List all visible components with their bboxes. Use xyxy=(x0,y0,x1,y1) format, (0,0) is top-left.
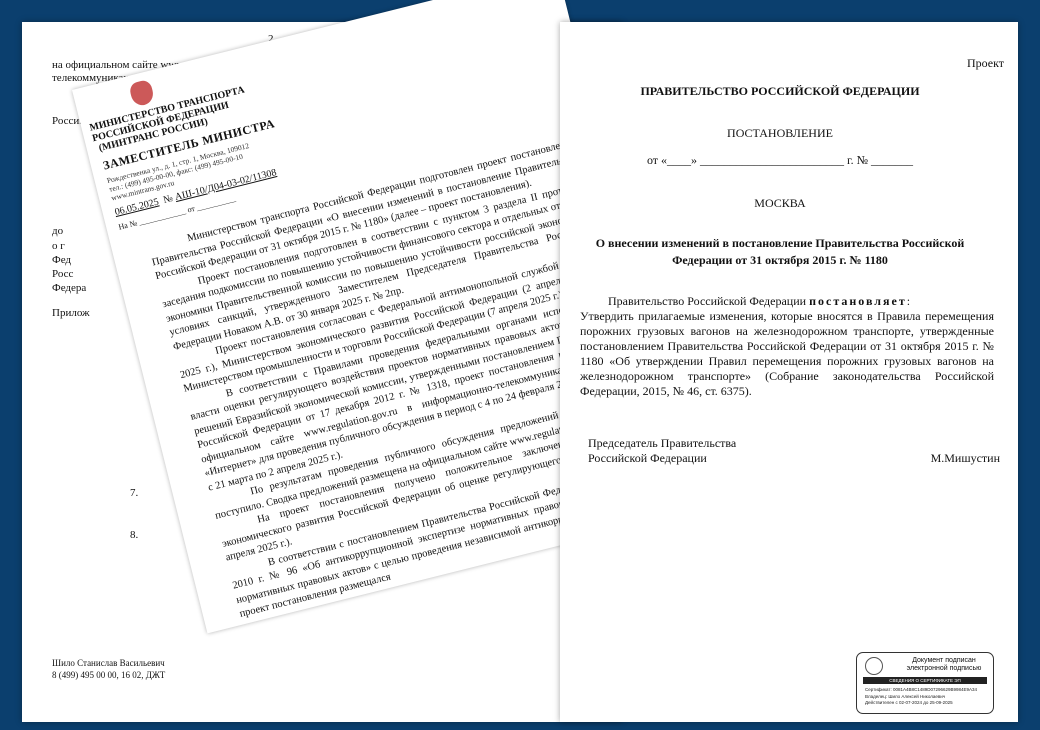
resolution-title: О внесении изменений в постановление Пра… xyxy=(590,235,970,269)
signer-name: М.Мишустин xyxy=(931,451,1000,466)
executor-phone: 8 (499) 495 00 00, 16 02, ДЖТ xyxy=(52,670,165,680)
certificate-info-bar: СВЕДЕНИЯ О СЕРТИФИКАТЕ ЭП xyxy=(863,677,987,684)
executor-name: Шило Станислав Васильевич xyxy=(52,658,165,668)
signer-title: Председатель Правительства xyxy=(588,436,736,451)
text-fragment: Федера xyxy=(52,281,86,295)
number-label: № xyxy=(162,193,174,206)
text-fragment: Росс xyxy=(52,267,73,281)
item-number: 8. xyxy=(130,528,138,542)
stamp-title: Документ подписан электронной подписью xyxy=(901,657,987,673)
certificate-details: Сертификат: 0081A4B8C1489D07296629B9984E… xyxy=(865,687,977,707)
city: МОСКВА xyxy=(560,196,1000,211)
from-label: от xyxy=(186,204,195,215)
government-heading: ПРАВИТЕЛЬСТВО РОССИЙСКОЙ ФЕДЕРАЦИИ xyxy=(560,84,1000,99)
date-line: от «____» ________________________ г. № … xyxy=(560,153,1000,168)
document-type: ПОСТАНОВЛЕНИЕ xyxy=(560,126,1000,141)
certificate-validity: Действителен с 02-07-2024 до 25-09-2025 xyxy=(865,700,977,707)
resolution-body: Утвердить прилагаемые изменения, которые… xyxy=(580,309,994,399)
appendix-label: Прилож xyxy=(52,306,90,320)
decree-intro: Правительство Российской Федерации поста… xyxy=(608,294,910,309)
item-number: 7. xyxy=(130,486,138,500)
on-label: На № xyxy=(118,218,139,231)
text-fragment: о г xyxy=(52,239,65,253)
coat-of-arms-icon xyxy=(128,79,155,108)
decree-intro-text: Правительство Российской Федерации xyxy=(608,294,806,308)
draft-resolution-page: Проект ПРАВИТЕЛЬСТВО РОССИЙСКОЙ ФЕДЕРАЦИ… xyxy=(560,22,1018,722)
electronic-signature-stamp: Документ подписан электронной подписью С… xyxy=(856,652,994,714)
stamp-title-line: электронной подписью xyxy=(901,665,987,673)
text-fragment: до xyxy=(52,224,63,238)
signer-title: Российской Федерации xyxy=(588,451,707,466)
decree-word: постановляет xyxy=(809,294,907,308)
draft-label: Проект xyxy=(967,56,1004,71)
certificate-id: Сертификат: 0081A4B8C1489D07296629B9984E… xyxy=(865,687,977,694)
coat-of-arms-icon xyxy=(865,657,883,675)
text-fragment: Фед xyxy=(52,253,71,267)
stamp-title-line: Документ подписан xyxy=(901,657,987,665)
